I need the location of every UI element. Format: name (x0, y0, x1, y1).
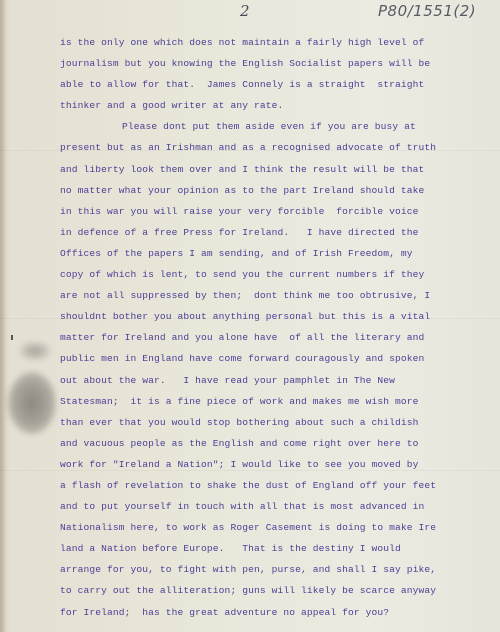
text-line: public men in England have come forward … (60, 348, 480, 369)
ink-smudge (20, 342, 50, 360)
ink-smudge (8, 372, 56, 434)
paragraph-start-line: Please dont put them aside even if you a… (60, 116, 480, 137)
text-line: and liberty look them over and I think t… (60, 159, 480, 180)
text-line: than ever that you would stop bothering … (60, 412, 480, 433)
text-line: land a Nation before Europe. That is the… (60, 538, 480, 559)
paper-edge (0, 0, 6, 632)
text-line: shouldnt bother you about anything perso… (60, 306, 480, 327)
text-line: Statesman; it is a fine piece of work an… (60, 391, 480, 412)
text-line: for Ireland; has the great adventure no … (60, 602, 480, 623)
text-line: and vacuous people as the English and co… (60, 433, 480, 454)
text-line: Offices of the papers I am sending, and … (60, 243, 480, 264)
text-line: a flash of revelation to shake the dust … (60, 475, 480, 496)
text-line: are not all suppressed by then; dont thi… (60, 285, 480, 306)
text-line: in this war you will raise your very for… (60, 201, 480, 222)
text-line: thinker and a good writer at any rate. (60, 95, 480, 116)
text-line: present but as an Irishman and as a reco… (60, 137, 480, 158)
letter-body: is the only one which does not maintain … (60, 32, 480, 623)
text-line: able to allow for that. James Connely is… (60, 74, 480, 95)
text-line: to carry out the alliteration; guns will… (60, 580, 480, 601)
text-line: arrange for you, to fight with pen, purs… (60, 559, 480, 580)
text-line: copy of which is lent, to send you the c… (60, 264, 480, 285)
text-line: out about the war. I have read your pamp… (60, 370, 480, 391)
text-line: is the only one which does not maintain … (60, 32, 480, 53)
letter-page: 2 P80/1551(2) is the only one which does… (0, 0, 500, 632)
text-line: work for "Ireland a Nation"; I would lik… (60, 454, 480, 475)
text-line: and to put yourself in touch with all th… (60, 496, 480, 517)
text-line: no matter what your opinion as to the pa… (60, 180, 480, 201)
text-line: in defence of a free Press for Ireland. … (60, 222, 480, 243)
page-number: 2 (240, 2, 250, 20)
text-line: matter for Ireland and you alone have of… (60, 327, 480, 348)
text-line: journalism but you knowing the English S… (60, 53, 480, 74)
pencil-mark (11, 335, 13, 340)
text-line: Nationalism here, to work as Roger Casem… (60, 517, 480, 538)
archive-reference: P80/1551(2) (378, 2, 476, 20)
